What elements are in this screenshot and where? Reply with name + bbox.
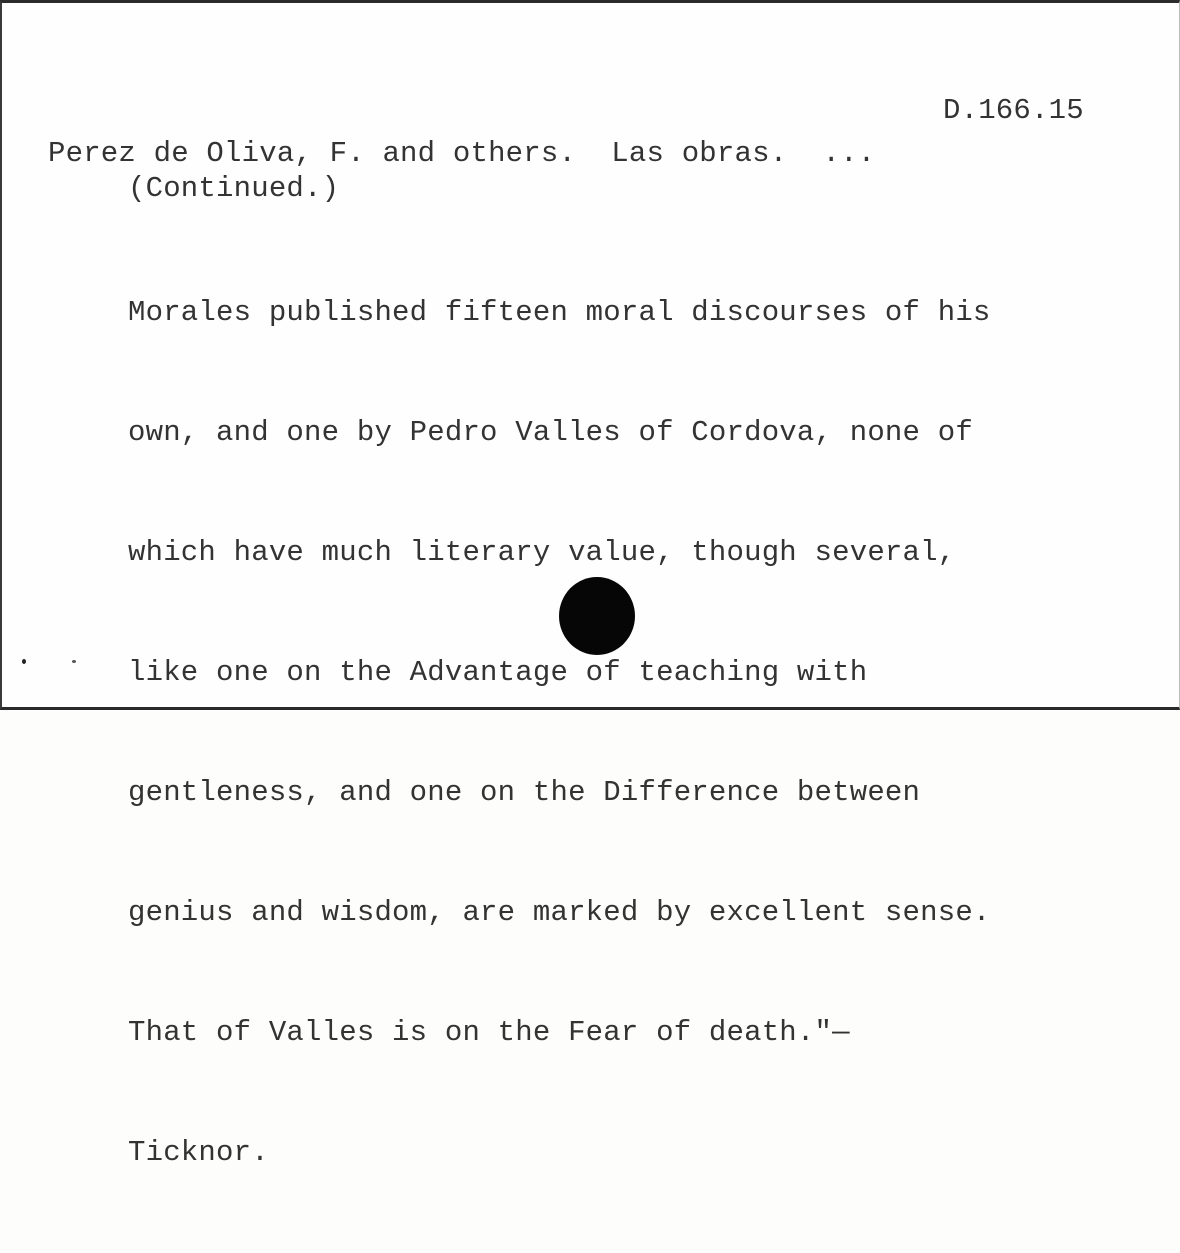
- catalog-card: D.166.15 Perez de Oliva, F. and others. …: [0, 0, 1180, 710]
- continued-note: (Continued.): [128, 169, 339, 209]
- body-line: Morales published fifteen moral discours…: [128, 293, 991, 333]
- card-heading: Perez de Oliva, F. and others. Las obras…: [48, 134, 875, 174]
- body-line: own, and one by Pedro Valles of Cordova,…: [128, 413, 991, 453]
- ink-speck: [22, 659, 26, 664]
- body-line: like one on the Advantage of teaching wi…: [128, 653, 991, 693]
- ink-speck: [72, 660, 76, 663]
- body-line: which have much literary value, though s…: [128, 533, 991, 573]
- punch-hole: [559, 577, 635, 655]
- call-number: D.166.15: [943, 91, 1084, 131]
- card-body: Morales published fifteen moral discours…: [128, 213, 991, 710]
